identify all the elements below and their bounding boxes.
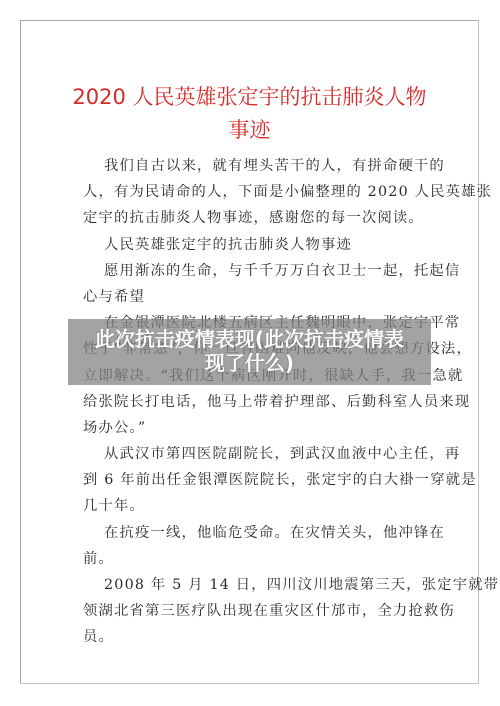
body-line: 人，有为民请命的人，下面是小偏整理的 2020 人民英雄张: [83, 179, 419, 205]
caption-line-1: 此次抗击疫情表现(此次抗击疫情表: [68, 327, 431, 351]
caption-overlay-banner: 此次抗击疫情表现(此次抗击疫情表 现了什么): [68, 319, 431, 385]
body-line: 到 6 年前出任金银潭医院院长，张定宇的白大褂一穿就是: [83, 467, 419, 493]
body-line: 几十年。: [83, 493, 419, 519]
caption-line-2: 现了什么): [68, 351, 431, 375]
body-line: 从武汉市第四医院副院长，到武汉血液中心主任，再: [83, 441, 419, 467]
body-line: 定宇的抗击肺炎人物事迹，感谢您的每一次阅读。: [83, 205, 419, 231]
body-line: 场办公。”: [83, 415, 419, 441]
document-body: 我们自古以来，就有埋头苦干的人，有拼命硬干的 人，有为民请命的人，下面是小偏整理…: [83, 153, 419, 651]
body-line: 在抗疫一线，他临危受命。在灾情关头，他冲锋在: [83, 520, 419, 546]
body-line: 2008 年 5 月 14 日，四川汶川地震第三天，张定宇就带: [83, 572, 419, 598]
body-line: 员。: [83, 624, 419, 650]
document-title-line-2: 事迹: [21, 114, 478, 144]
body-line: 我们自古以来，就有埋头苦干的人，有拼命硬干的: [83, 153, 419, 179]
body-line: 领湖北省第三医疗队出现在重灾区什邡市，全力抢救伤: [83, 598, 419, 624]
body-line: 愿用渐冻的生命，与千千万万白衣卫士一起，托起信: [83, 258, 419, 284]
body-line: 前。: [83, 546, 419, 572]
document-title-line-1: 2020 人民英雄张定宇的抗击肺炎人物: [21, 81, 478, 111]
body-subheading: 人民英雄张定宇的抗击肺炎人物事迹: [83, 232, 419, 258]
body-line: 给张院长打电话，他马上带着护理部、后勤科室人员来现: [83, 389, 419, 415]
body-line: 心与希望: [83, 284, 419, 310]
